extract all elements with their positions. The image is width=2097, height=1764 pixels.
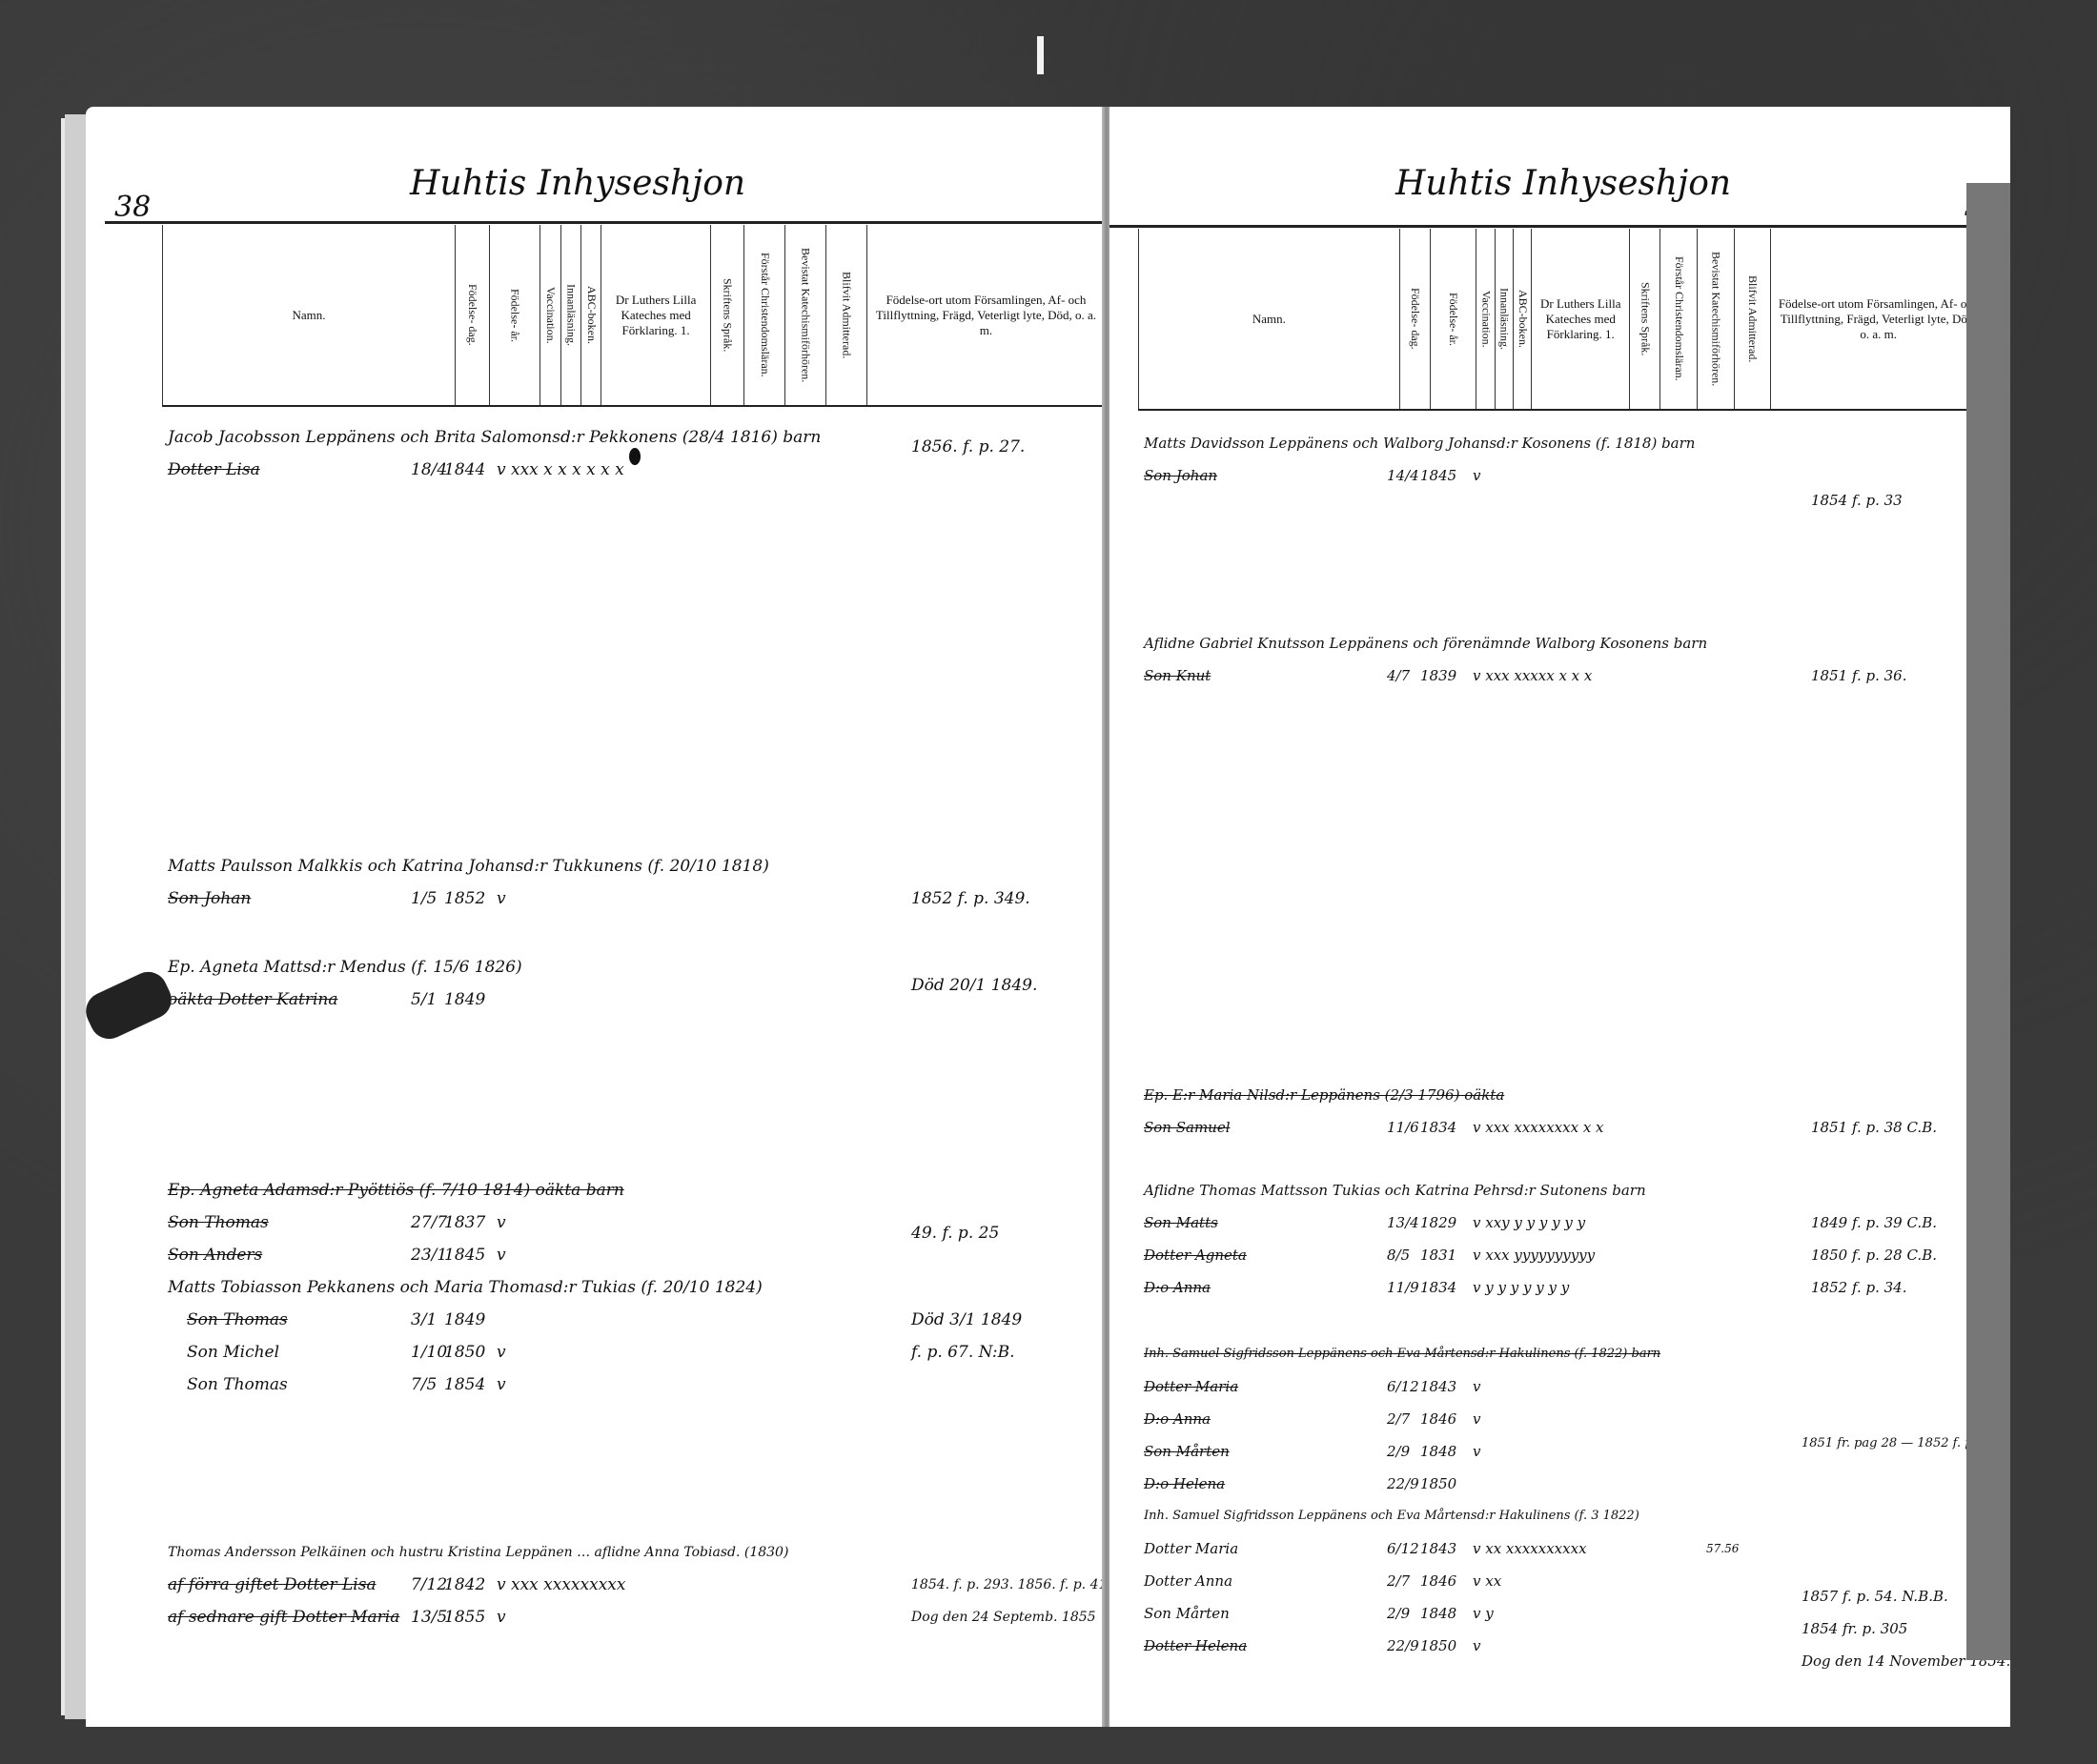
entry-year: 1834	[1420, 1111, 1456, 1144]
entry-day: 22/9	[1387, 1630, 1419, 1662]
entry-year: 1855	[444, 1601, 485, 1633]
entry-remarks: Död 20/1 1849.	[911, 969, 1037, 1002]
entry-marks: v	[497, 882, 506, 915]
entry-name: Inh. Samuel Sigfridsson Leppänens och Ev…	[1144, 1338, 1660, 1370]
entry-day: 13/5	[411, 1601, 447, 1633]
entry-name: af sednare gift Dotter Maria	[168, 1601, 399, 1633]
entry-name: Dotter Anna	[1144, 1565, 1232, 1597]
entry-remarks: f. p. 67. N:B.	[911, 1336, 1015, 1369]
entry-name: Son Thomas	[187, 1304, 288, 1336]
col-examinations: Bevistat Katechismiförhören.	[785, 225, 826, 406]
entry-remarks: Dog den 24 Septemb. 1855	[911, 1601, 1096, 1633]
entry-name: Ep. E:r Maria Nilsd:r Leppänens (2/3 179…	[1144, 1079, 1504, 1111]
entry-year: 1849	[444, 983, 485, 1016]
col-catechism: Dr Luthers Lilla Kateches med Förklaring…	[601, 225, 710, 406]
page-heading: Huhtis Inhyseshjon	[410, 164, 745, 203]
entry-name: Son Anders	[168, 1239, 262, 1271]
entry-year: 1844	[444, 454, 485, 486]
entry-name: Aflidne Gabriel Knutsson Leppänens och f…	[1144, 627, 1707, 659]
entry-remarks: 1856. f. p. 27.	[911, 431, 1025, 463]
scan-marker	[1037, 36, 1044, 74]
entry-remarks: 1850 f. p. 28 C.B.	[1811, 1239, 1937, 1271]
entry-remarks: 1854 f. p. 33	[1811, 484, 1903, 517]
entry-name: Son Thomas	[187, 1369, 288, 1401]
left-page: 38 Huhtis Inhyseshjon Namn. Födelse- dag…	[86, 107, 1106, 1727]
entry-year: 1843	[1420, 1370, 1456, 1403]
col-remarks: Födelse-ort utom Församlingen, Af- och T…	[1771, 229, 1986, 410]
entry-remarks: 1857 f. p. 54. N.B.B.	[1802, 1580, 1948, 1612]
entry-name: Son Samuel	[1144, 1111, 1231, 1144]
entry-year: 1842	[444, 1569, 485, 1601]
col-vaccination: Vaccination.	[540, 225, 560, 406]
register-table-right: Namn. Födelse- dag. Födelse- år. Vaccina…	[1138, 229, 1986, 411]
entry-year: 1846	[1420, 1403, 1456, 1435]
entry-name: Dotter Helena	[1144, 1630, 1247, 1662]
entry-year: 1852	[444, 882, 485, 915]
col-christendom: Förstår Christendomsläran.	[744, 225, 785, 406]
entry-day: 7/12	[411, 1569, 447, 1601]
entry-name: Dotter Lisa	[168, 454, 260, 486]
entry-year: 1849	[444, 1304, 485, 1336]
entry-year: 1839	[1420, 659, 1456, 692]
entry-year: 1837	[444, 1206, 485, 1239]
entry-name: Aflidne Thomas Mattsson Tukias och Katri…	[1144, 1174, 1646, 1206]
entry-name: Dotter Maria	[1144, 1532, 1238, 1565]
entry-day: 2/9	[1387, 1597, 1410, 1630]
col-abc: ABC-boken.	[1513, 229, 1531, 410]
entry-name: Dotter Maria	[1144, 1370, 1238, 1403]
col-christendom: Förstår Christendomsläran.	[1660, 229, 1698, 410]
entry-day: 7/5	[411, 1369, 437, 1401]
col-scripture: Skriftens Språk.	[1630, 229, 1660, 410]
entry-marks: v xx xxxxxxxxxx	[1473, 1532, 1587, 1565]
entry-marks: v xxx xxxxxxxx x x	[1473, 1111, 1604, 1144]
entry-name: Ep. Agneta Adamsd:r Pyöttiös (f. 7/10 18…	[168, 1174, 624, 1206]
entry-remarks: 1854 fr. p. 305	[1802, 1612, 1907, 1645]
entry-year: 1850	[1420, 1630, 1456, 1662]
entry-year: 1846	[1420, 1565, 1456, 1597]
col-examinations: Bevistat Katechismiförhören.	[1698, 229, 1735, 410]
entry-marks: v	[497, 1336, 506, 1369]
entry-day: 14/4	[1387, 459, 1419, 492]
col-scripture: Skriftens Språk.	[710, 225, 744, 406]
page-number: 38	[114, 191, 151, 224]
col-abc: ABC-boken.	[581, 225, 601, 406]
col-admitted: Blifvit Admitterad.	[826, 225, 867, 406]
entry-name: Son Johan	[1144, 459, 1217, 492]
col-birth-day: Födelse- dag.	[1399, 229, 1430, 410]
page-edge-shadow	[1966, 183, 2010, 1660]
entry-day: 3/1	[411, 1304, 437, 1336]
entry-remarks: 1854. f. p. 293. 1856. f. p. 41.	[911, 1569, 1111, 1601]
entry-year: 1845	[1420, 459, 1456, 492]
entry-marks: v xxx xxxxx x x x	[1473, 659, 1592, 692]
entry-remarks: 1852 f. p. 349.	[911, 882, 1030, 915]
page-heading: Huhtis Inhyseshjon	[1395, 164, 1731, 203]
entry-name: af förra giftet Dotter Lisa	[168, 1569, 377, 1601]
entry-day: 4/7	[1387, 659, 1410, 692]
entry-name: Thomas Andersson Pelkäinen och hustru Kr…	[168, 1536, 788, 1569]
col-vaccination: Vaccination.	[1476, 229, 1495, 410]
entry-name: Son Mårten	[1144, 1597, 1230, 1630]
col-name: Namn.	[1139, 229, 1400, 410]
entry-marks: v	[497, 1206, 506, 1239]
entry-remarks: 1851 f. p. 38 C.B.	[1811, 1111, 1937, 1144]
entry-day: 1/10	[411, 1336, 447, 1369]
col-birth-day: Födelse- dag.	[456, 225, 490, 406]
entry-name: D:o Helena	[1144, 1468, 1225, 1500]
entry-name: oäkta Dotter Katrina	[168, 983, 337, 1016]
entry-day: 5/1	[411, 983, 437, 1016]
entry-day: 1/5	[411, 882, 437, 915]
entry-marks: v y y y y y y y	[1473, 1271, 1569, 1304]
entry-year: 1829	[1420, 1206, 1456, 1239]
entry-day: 18/4	[411, 454, 447, 486]
entry-year: 1843	[1420, 1532, 1456, 1565]
entry-marks: v	[1473, 1630, 1480, 1662]
entry-marks: v	[1473, 1435, 1480, 1468]
entry-marks: v	[1473, 1370, 1480, 1403]
entry-name: Dotter Agneta	[1144, 1239, 1247, 1271]
entry-year: 1831	[1420, 1239, 1456, 1271]
entry-day: 27/7	[411, 1206, 447, 1239]
col-birth-year: Födelse- år.	[1430, 229, 1476, 410]
entry-year: 1834	[1420, 1271, 1456, 1304]
entry-year: 1845	[444, 1239, 485, 1271]
entry-day: 11/6	[1387, 1111, 1419, 1144]
entry-name: Son Knut	[1144, 659, 1211, 692]
entry-marks: v xxy y y y y y y	[1473, 1206, 1585, 1239]
entry-marks: v	[497, 1601, 506, 1633]
entry-marks: v	[497, 1239, 506, 1271]
entry-year: 1854	[444, 1369, 485, 1401]
right-page: 39 Huhtis Inhyseshjon Namn. Födelse- dag…	[1110, 107, 2010, 1727]
entry-name: Son Michel	[187, 1336, 279, 1369]
entry-marks: v y	[1473, 1597, 1494, 1630]
entry-day: 6/12	[1387, 1532, 1419, 1565]
entry-day: 8/5	[1387, 1239, 1410, 1271]
entry-name: D:o Anna	[1144, 1403, 1211, 1435]
entry-year: 1848	[1420, 1435, 1456, 1468]
open-register-book: 38 Huhtis Inhyseshjon Namn. Födelse- dag…	[42, 107, 2053, 1727]
entry-marks: v xxx yyyyyyyyyy	[1473, 1239, 1595, 1271]
col-birth-year: Födelse- år.	[489, 225, 540, 406]
entry-marks: v xx	[1473, 1565, 1501, 1597]
entry-marks: v xxx x x x x x x	[497, 454, 624, 486]
entry-day: 22/9	[1387, 1468, 1419, 1500]
entry-year: 1848	[1420, 1597, 1456, 1630]
entry-name: Matts Tobiasson Pekkanens och Maria Thom…	[168, 1271, 763, 1304]
col-remarks: Födelse-ort utom Församlingen, Af- och T…	[866, 225, 1105, 406]
entry-remarks: 1852 f. p. 34.	[1811, 1271, 1907, 1304]
col-reading: Innanläsning.	[560, 225, 580, 406]
entry-remarks: Död 3/1 1849	[911, 1304, 1022, 1336]
entry-marks: v xxx xxxxxxxxx	[497, 1569, 625, 1601]
entry-remarks: 49. f. p. 25	[911, 1217, 999, 1249]
entry-year: 1850	[1420, 1468, 1456, 1500]
entry-day: 6/12	[1387, 1370, 1419, 1403]
ink-blot	[629, 448, 641, 465]
header-rule	[105, 221, 1106, 224]
entry-year: 1850	[444, 1336, 485, 1369]
entry-remarks: 1851 f. p. 36.	[1811, 659, 1907, 692]
col-admitted: Blifvit Admitterad.	[1734, 229, 1771, 410]
entry-day: 2/7	[1387, 1403, 1410, 1435]
entry-name: Ep. Agneta Mattsd:r Mendus (f. 15/6 1826…	[168, 951, 522, 983]
entry-name: Son Matts	[1144, 1206, 1218, 1239]
entry-name: Inh. Samuel Sigfridsson Leppänens och Ev…	[1144, 1500, 1639, 1532]
col-name: Namn.	[163, 225, 456, 406]
entry-remarks: 57.56	[1706, 1532, 1739, 1565]
entry-day: 23/1	[411, 1239, 447, 1271]
entry-name: Jacob Jacobsson Leppänens och Brita Salo…	[168, 421, 821, 454]
entry-day: 13/4	[1387, 1206, 1419, 1239]
col-reading: Innanläsning.	[1495, 229, 1513, 410]
col-catechism: Dr Luthers Lilla Kateches med Förklaring…	[1532, 229, 1630, 410]
entry-name: Matts Paulsson Malkkis och Katrina Johan…	[168, 850, 769, 882]
entry-name: Son Thomas	[168, 1206, 269, 1239]
register-table-left: Namn. Födelse- dag. Födelse- år. Vaccina…	[162, 225, 1106, 407]
entry-name: D:o Anna	[1144, 1271, 1211, 1304]
entry-marks: v	[1473, 1403, 1480, 1435]
entry-day: 2/7	[1387, 1565, 1410, 1597]
header-rule	[1110, 225, 2010, 228]
entry-name: Matts Davidsson Leppänens och Walborg Jo…	[1144, 427, 1695, 459]
entry-marks: v	[497, 1369, 506, 1401]
entry-name: Son Mårten	[1144, 1435, 1230, 1468]
entry-day: 11/9	[1387, 1271, 1419, 1304]
entry-remarks: 1849 f. p. 39 C.B.	[1811, 1206, 1937, 1239]
entry-day: 2/9	[1387, 1435, 1410, 1468]
entry-name: Son Johan	[168, 882, 251, 915]
entry-marks: v	[1473, 459, 1480, 492]
